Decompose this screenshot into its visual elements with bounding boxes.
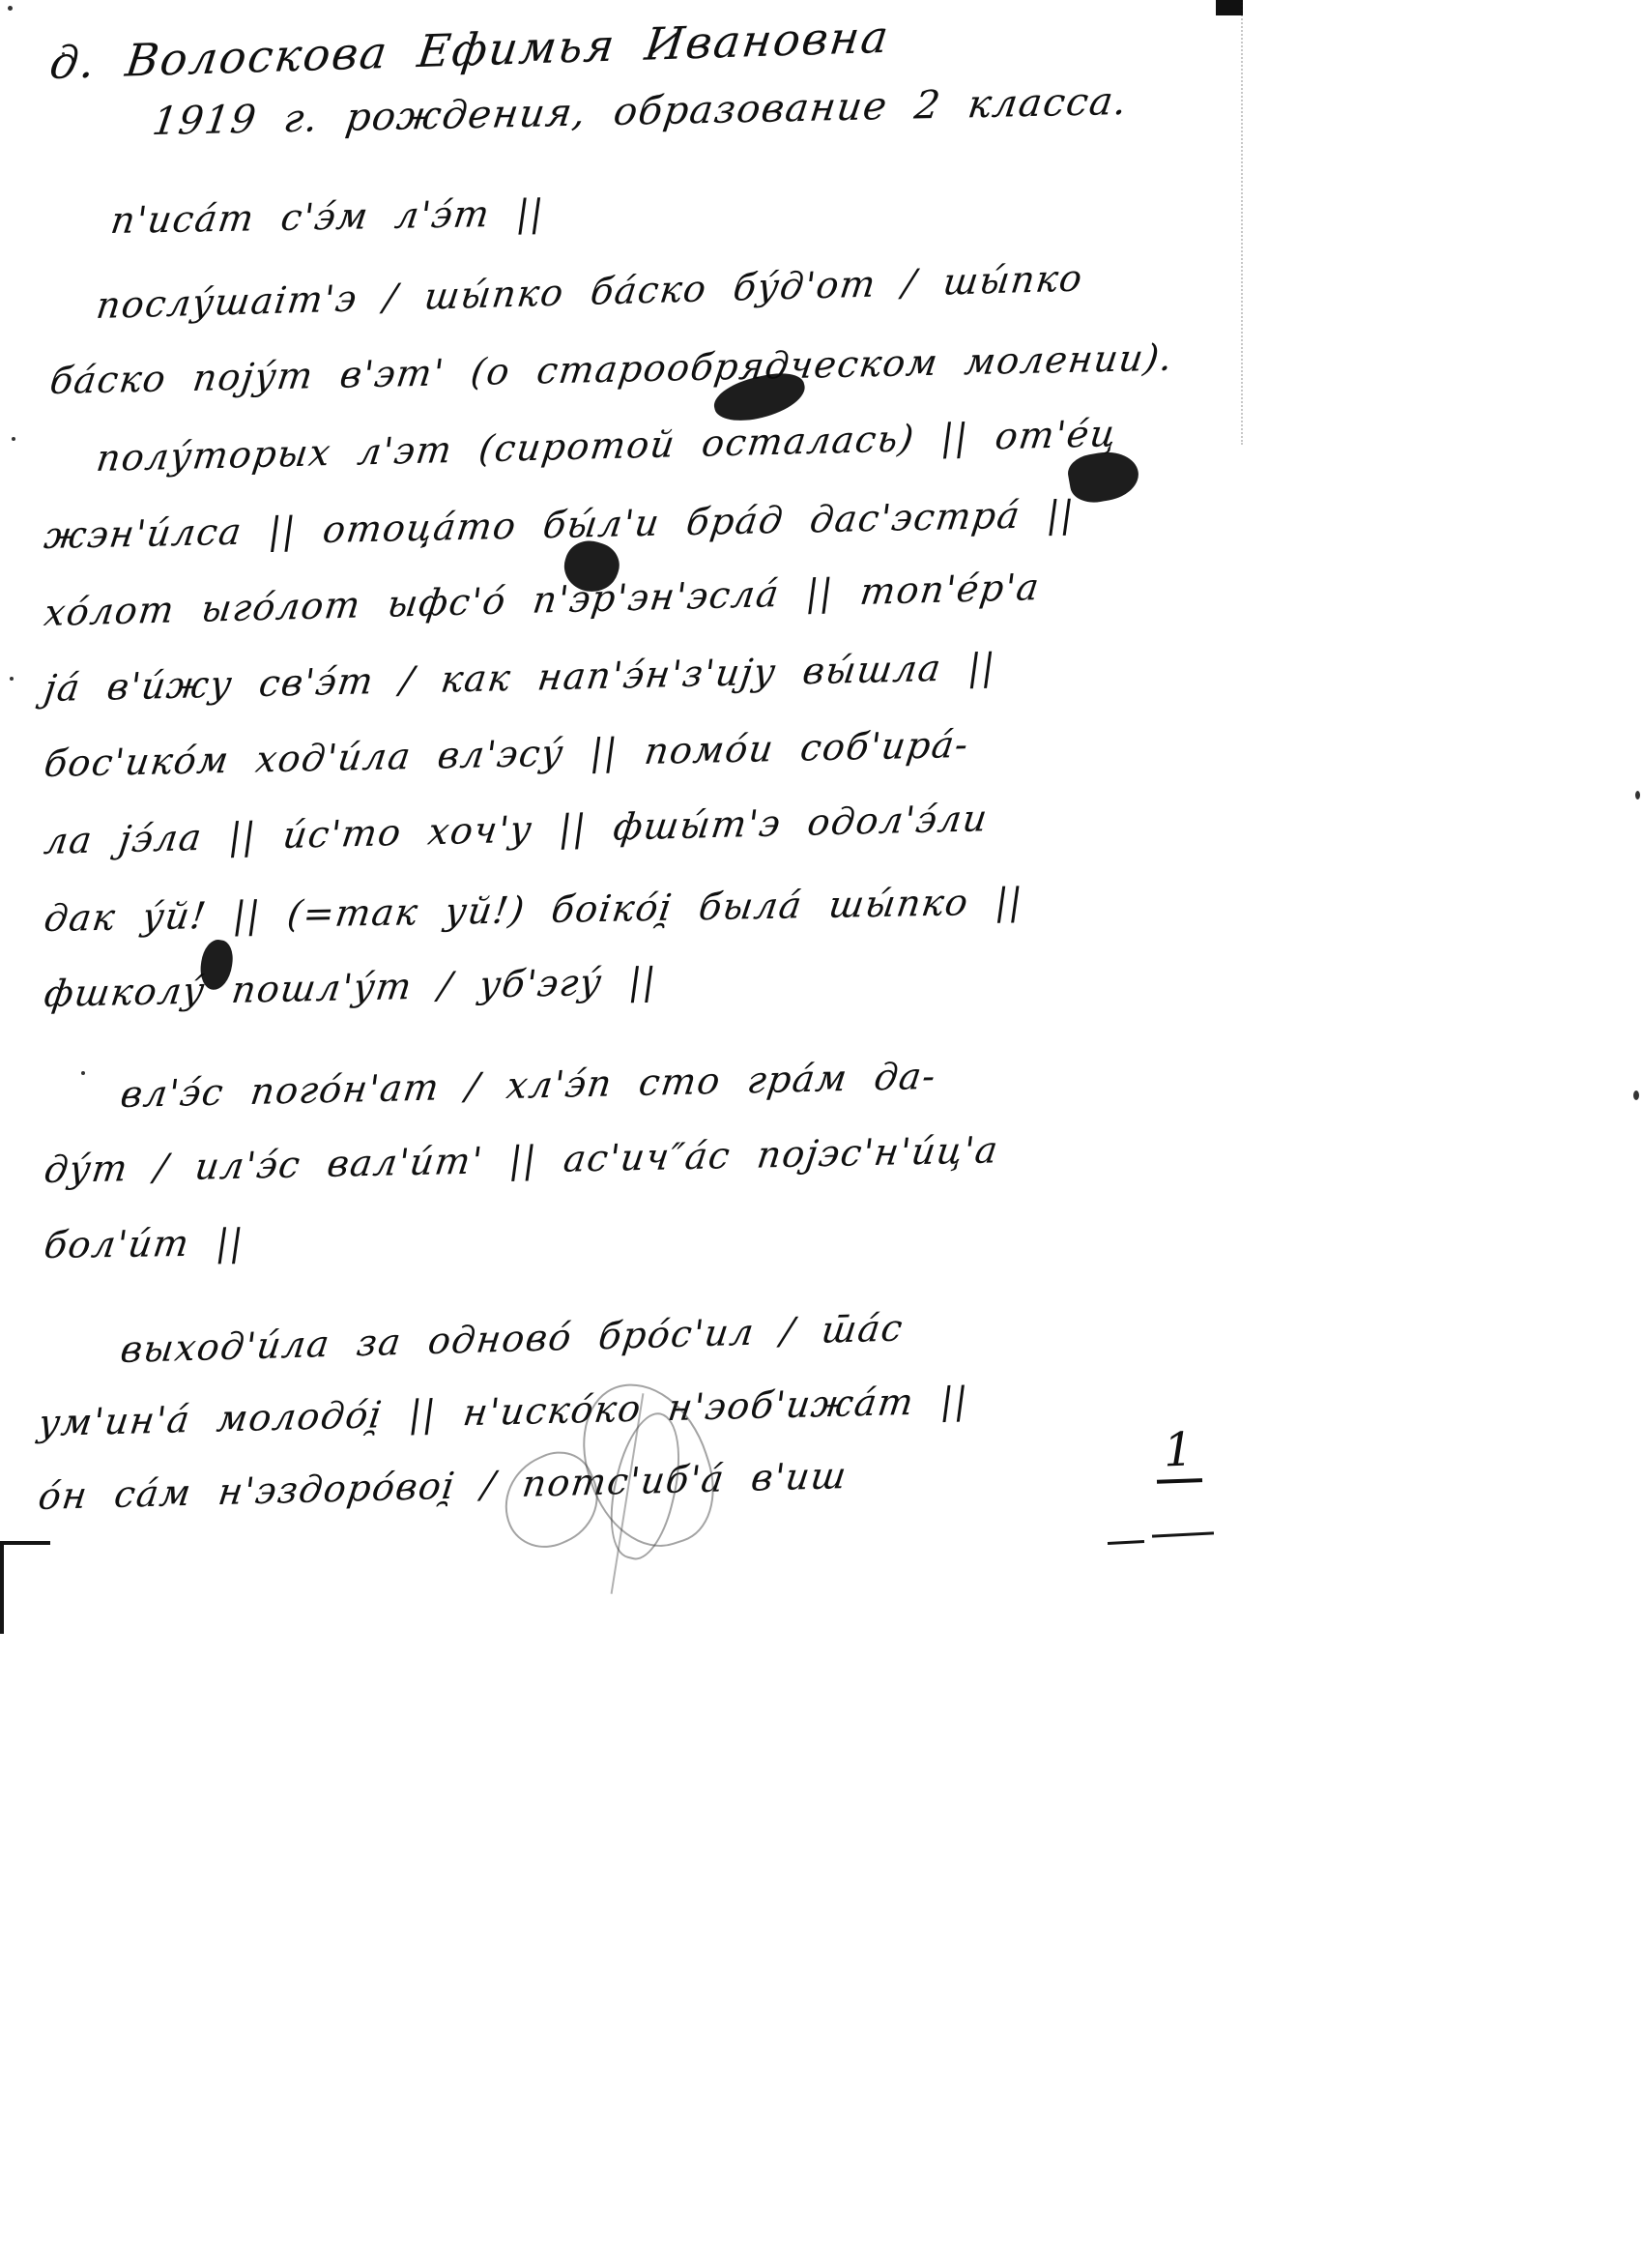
transcription-line: ла јэ́ла || и́с'то хоч'у || фшы́т'э одол… — [42, 799, 991, 862]
ink-dash-icon — [1152, 1531, 1214, 1537]
transcription-line: полу́торых л'эт (сиротой осталась) || от… — [94, 414, 1119, 480]
transcription-line: бос'ико́м ход'и́ла вл'эсу́ || помо́и соб… — [42, 725, 971, 785]
transcription-line: фшколу́ пошл'у́т / уб'эгу́ || — [42, 962, 659, 1015]
manuscript-page: д. Волоскова Ефимья Ивановна 1919 г. рож… — [0, 0, 1643, 2268]
transcription-line: ја́ в'и́жу св'э́т / как нап'э́н'з'ију вы… — [42, 648, 998, 710]
informant-name: д. Волоскова Ефимья Ивановна — [47, 13, 893, 88]
transcription-line: выход'и́ла за одново́ бро́с'ил / ш̄а́с — [118, 1308, 906, 1371]
ink-dash-icon — [1108, 1540, 1144, 1545]
transcription-line: ба́ско поју́т в'эт' (о старообрядческом … — [47, 338, 1176, 402]
transcription-line: жэн'и́лса || отоц̣а́то бы́л'и бра́д дас'… — [42, 495, 1078, 557]
transcription-line: бол'и́т || — [42, 1223, 246, 1266]
scan-speck — [1635, 791, 1640, 800]
page-fold-line — [1241, 0, 1243, 445]
transcription-line: дак у́й! || (=так уй!) боіко́і̯ была́ шы… — [42, 882, 1025, 940]
transcription-line: п'иса́т с'э́м л'э́т || — [108, 193, 547, 242]
informant-details: 1919 г. рождения, образование 2 класса. — [150, 80, 1131, 143]
scanner-mark-icon — [1216, 0, 1243, 15]
scan-speck — [1633, 1090, 1639, 1100]
transcription-line: о́н са́м н'эздоро́воі̯ / потс'иб'а́ в'иш — [36, 1456, 850, 1518]
transcription-line: послу́шаіт'э / шы́пко ба́ско бу́д'от / ш… — [94, 258, 1085, 326]
scan-speck — [12, 437, 15, 441]
scan-speck — [81, 1071, 85, 1075]
scan-speck — [62, 52, 65, 55]
page-number: 1 — [1155, 1422, 1202, 1484]
corner-mark-icon — [0, 1541, 50, 1634]
transcription-line: вл'э́с пого́н'ат / хл'э́п сто гра́м да- — [118, 1057, 938, 1116]
scan-speck — [10, 677, 14, 681]
scan-speck — [8, 6, 13, 11]
ink-blot-icon — [1065, 447, 1142, 507]
transcription-line: ум'ин'а́ молодо́і̯ || н'иско́ко н'эоб'иж… — [36, 1381, 971, 1443]
transcription-line: хо́лот ыго́лот ыфс'о́ п'эр'эн'эсла́ || т… — [42, 567, 1042, 634]
transcription-line: ду́т / ил'э́с вал'и́т' || ас'ич″а́с појэ… — [42, 1130, 1001, 1191]
